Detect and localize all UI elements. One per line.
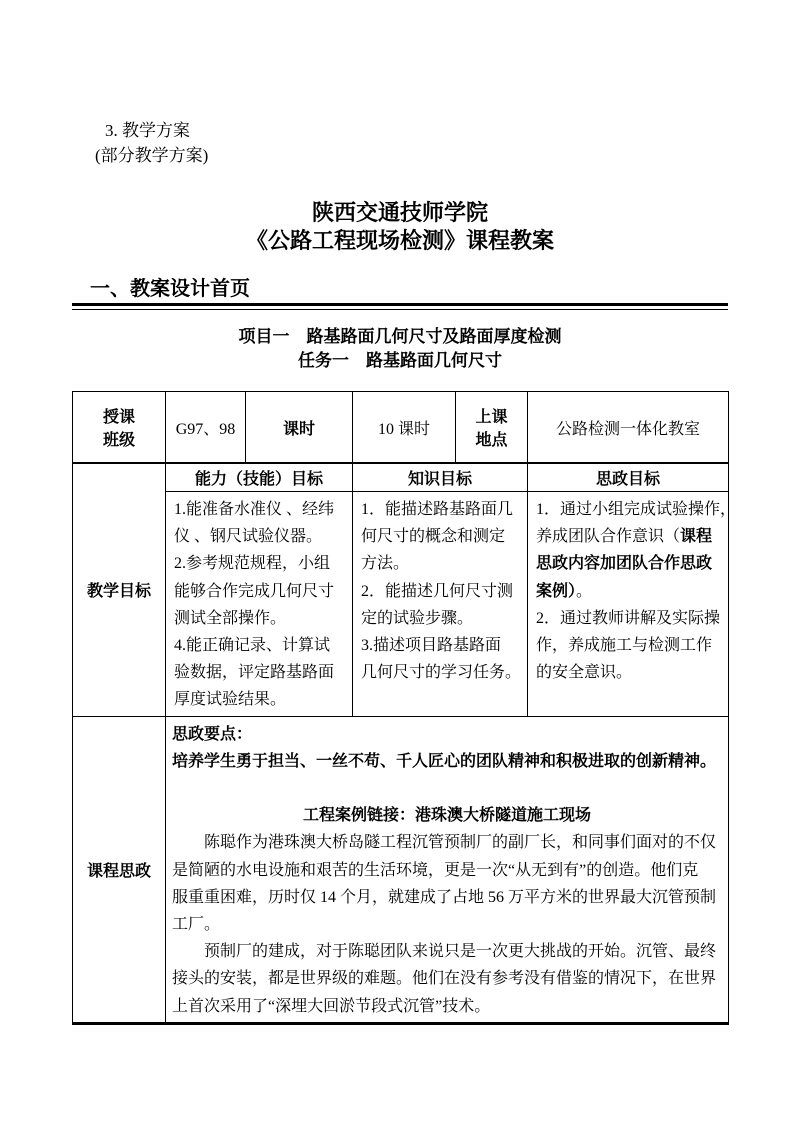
course-plan-title: 《公路工程现场检测》课程教案 <box>72 227 728 255</box>
task-title: 任务一 路基路面几何尺寸 <box>72 349 728 373</box>
ideology-content-cell: 思政要点：培养学生勇于担当、一丝不苟、千人匠心的团队精神和积极进取的创新精神。 … <box>166 716 729 1023</box>
table-row-basic-info: 授课 班级 G97、98 课时 10 课时 上课 地点 公路检测一体化教室 <box>73 392 729 464</box>
objectives-row-label-cell: 教学目标 <box>73 463 166 716</box>
hours-label-cell: 课时 <box>246 392 353 464</box>
top-note-line2: (部分教学方案) <box>72 143 728 168</box>
subtitle-block: 项目一 路基路面几何尺寸及路面厚度检测 任务一 路基路面几何尺寸 <box>72 325 728 373</box>
heading-rule <box>72 303 728 310</box>
skill-objectives-header-cell: 能力（技能）目标 <box>166 463 353 492</box>
section-heading: 一、教案设计首页 <box>72 277 728 301</box>
ideology-row-label-cell: 课程思政 <box>73 716 166 1023</box>
knowledge-objectives-cell: 1．能描述路基路面几何尺寸的概念和测定方法。2．能描述几何尺寸测定的试验步骤。3… <box>353 492 528 717</box>
project-title: 项目一 路基路面几何尺寸及路面厚度检测 <box>72 325 728 349</box>
document-page: 3. 教学方案 (部分教学方案) 陕西交通技师学院 《公路工程现场检测》课程教案… <box>72 0 728 1025</box>
location-label-cell: 上课 地点 <box>456 392 528 464</box>
hours-value-cell: 10 课时 <box>353 392 456 464</box>
location-value-cell: 公路检测一体化教室 <box>528 392 729 464</box>
top-note: 3. 教学方案 (部分教学方案) <box>72 118 728 168</box>
skill-objectives-cell: 1.能准备水准仪 、经纬仪 、钢尺试验仪器。2.参考规范规程，小组能够合作完成几… <box>166 492 353 717</box>
document-title: 陕西交通技师学院 《公路工程现场检测》课程教案 <box>72 199 728 255</box>
class-label-cell: 授课 班级 <box>73 392 166 464</box>
ideology-objectives-header-cell: 思政目标 <box>528 463 729 492</box>
ideology-objectives-cell: 1．通过小组完成试验操作，养成团队合作意识（课程思政内容加团队合作思政案例）。2… <box>528 492 729 717</box>
knowledge-objectives-header-cell: 知识目标 <box>353 463 528 492</box>
table-row-objective-headers: 教学目标 能力（技能）目标 知识目标 思政目标 <box>73 463 729 492</box>
top-note-line1: 3. 教学方案 <box>72 118 728 143</box>
table-row-objective-content: 1.能准备水准仪 、经纬仪 、钢尺试验仪器。2.参考规范规程，小组能够合作完成几… <box>73 492 729 717</box>
school-name: 陕西交通技师学院 <box>72 199 728 227</box>
lesson-plan-table: 授课 班级 G97、98 课时 10 课时 上课 地点 公路检测一体化教室 教学… <box>72 391 729 1025</box>
class-value-cell: G97、98 <box>166 392 246 464</box>
table-row-course-ideology: 课程思政 思政要点：培养学生勇于担当、一丝不苟、千人匠心的团队精神和积极进取的创… <box>73 716 729 1023</box>
